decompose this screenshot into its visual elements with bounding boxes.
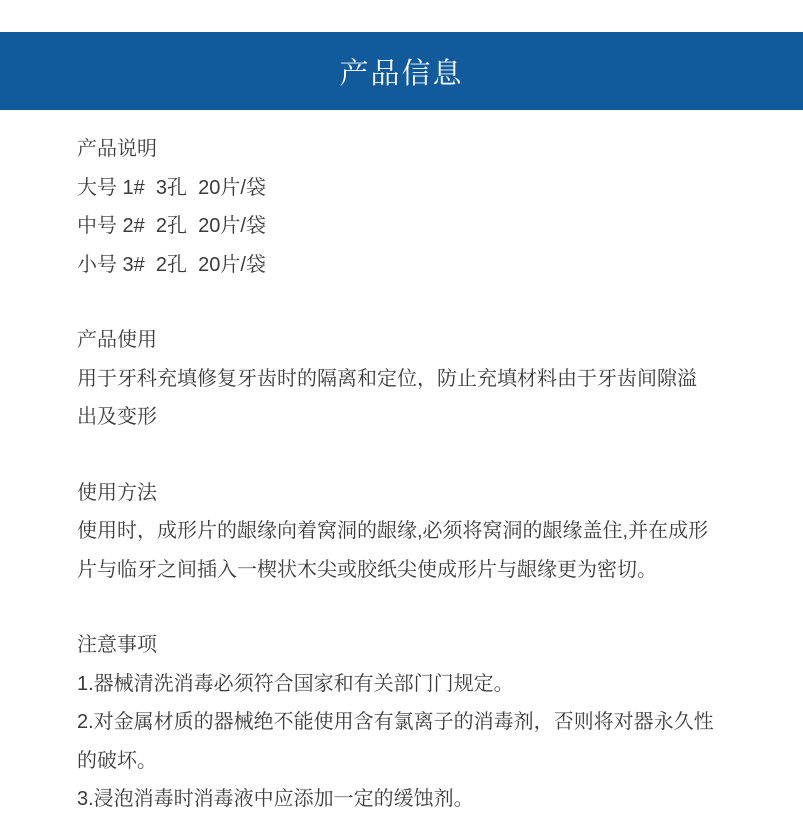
section-title: 使用方法 bbox=[77, 474, 763, 513]
text-line: 片与临牙之间插入一楔状木尖或胶纸尖使成形片与龈缘更为密切。 bbox=[77, 551, 763, 590]
precaution-line-3: 3.浸泡消毒时消毒液中应添加一定的缓蚀剂。 bbox=[77, 780, 763, 819]
product-info-content: 产品说明 大号 1# 3孔 20片/袋 中号 2# 2孔 20片/袋 小号 3#… bbox=[0, 110, 803, 819]
header-banner: 产品信息 bbox=[0, 32, 803, 110]
spec-line-small: 小号 3# 2孔 20片/袋 bbox=[77, 246, 763, 285]
section-title: 注意事项 bbox=[77, 626, 763, 665]
precaution-line-2: 2.对金属材质的器械绝不能使用含有氯离子的消毒剂，否则将对器永久性 bbox=[77, 703, 763, 742]
section-usage-method: 使用方法 使用时，成形片的龈缘向着窝洞的龈缘,必须将窝洞的龈缘盖住,并在成形 片… bbox=[77, 474, 763, 590]
spec-line-large: 大号 1# 3孔 20片/袋 bbox=[77, 169, 763, 208]
text-line: 用于牙科充填修复牙齿时的隔离和定位，防止充填材料由于牙齿间隙溢 bbox=[77, 360, 763, 399]
section-precautions: 注意事项 1.器械清洗消毒必须符合国家和有关部门门规定。 2.对金属材质的器械绝… bbox=[77, 626, 763, 819]
page-title: 产品信息 bbox=[339, 51, 463, 92]
section-title: 产品使用 bbox=[77, 321, 763, 360]
spec-line-medium: 中号 2# 2孔 20片/袋 bbox=[77, 207, 763, 246]
section-product-description: 产品说明 大号 1# 3孔 20片/袋 中号 2# 2孔 20片/袋 小号 3#… bbox=[77, 130, 763, 284]
text-line: 使用时，成形片的龈缘向着窝洞的龈缘,必须将窝洞的龈缘盖住,并在成形 bbox=[77, 512, 763, 551]
section-product-use: 产品使用 用于牙科充填修复牙齿时的隔离和定位，防止充填材料由于牙齿间隙溢 出及变… bbox=[77, 321, 763, 437]
section-title: 产品说明 bbox=[77, 130, 763, 169]
precaution-line-2-cont: 的破坏。 bbox=[77, 742, 763, 781]
precaution-line-1: 1.器械清洗消毒必须符合国家和有关部门门规定。 bbox=[77, 665, 763, 704]
text-line: 出及变形 bbox=[77, 398, 763, 437]
